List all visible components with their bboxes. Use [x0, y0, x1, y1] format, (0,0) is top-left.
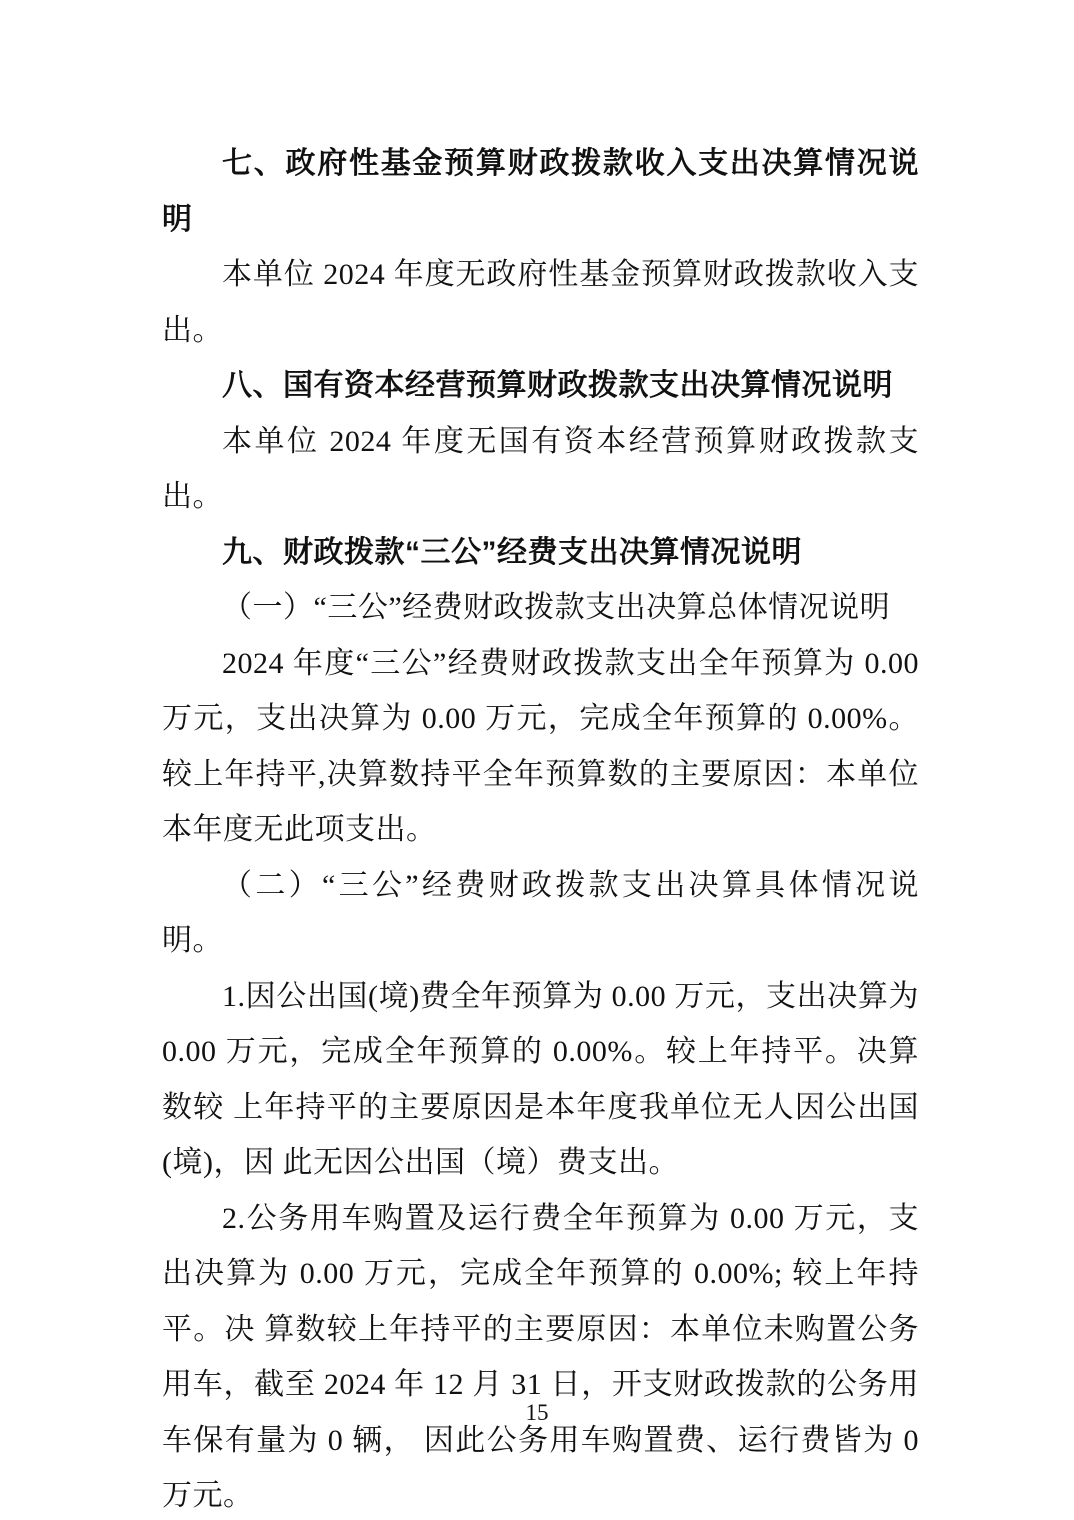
subheading-three-public-overall: （一）“三公”经费财政拨款支出决算总体情况说明 [162, 580, 919, 636]
paragraph-three-public-overall: 2024 年度“三公”经费财政拨款支出全年预算为 0.00 万元，支出决算为 0… [162, 636, 919, 858]
section-heading-state-capital-budget: 八、国有资本经营预算财政拨款支出决算情况说明 [162, 358, 919, 414]
paragraph-official-vehicle-expense: 2.公务用车购置及运行费全年预算为 0.00 万元，支出决算为 0.00 万元，… [162, 1191, 919, 1520]
page-number: 15 [0, 1398, 1074, 1428]
paragraph-gov-fund-budget: 本单位 2024 年度无政府性基金预算财政拨款收入支出。 [162, 247, 919, 358]
paragraph-overseas-travel-expense: 1.因公出国(境)费全年预算为 0.00 万元，支出决算为 0.00 万元，完成… [162, 969, 919, 1191]
paragraph-state-capital-budget: 本单位 2024 年度无国有资本经营预算财政拨款支出。 [162, 414, 919, 525]
document-page: 七、政府性基金预算财政拨款收入支出决算情况说明 本单位 2024 年度无政府性基… [0, 0, 1074, 1520]
document-body: 七、政府性基金预算财政拨款收入支出决算情况说明 本单位 2024 年度无政府性基… [162, 136, 919, 1520]
section-heading-three-public-funds: 九、财政拨款“三公”经费支出决算情况说明 [162, 525, 919, 581]
subheading-three-public-detail: （二）“三公”经费财政拨款支出决算具体情况说明。 [162, 858, 919, 969]
section-heading-gov-fund-budget: 七、政府性基金预算财政拨款收入支出决算情况说明 [162, 136, 919, 247]
